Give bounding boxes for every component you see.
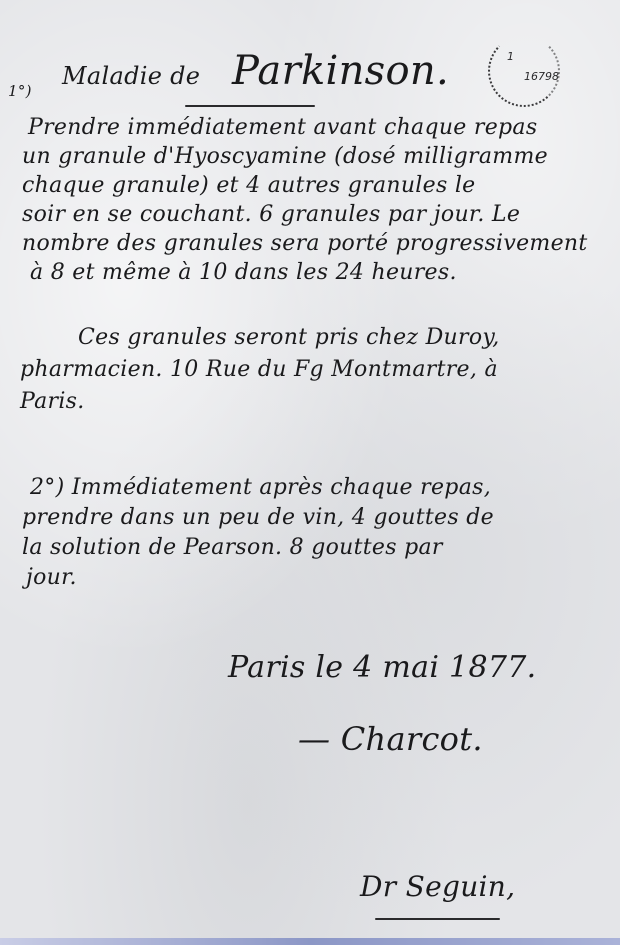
p2-line: pharmacien. 10 Rue du Fg Montmartre, à [20, 357, 498, 382]
p3-line: jour. [26, 565, 77, 590]
p1-line: un granule d'Hyoscyamine (dosé milligram… [22, 144, 548, 169]
p2-line: Ces granules seront pris chez Duroy, [78, 325, 499, 350]
signature-charcot: — Charcot. [298, 720, 483, 758]
stamp-text-number: 16798 [524, 70, 559, 83]
p1-line: soir en se couchant. 6 granules par jour… [22, 202, 520, 227]
recipient-name: Dr Seguin, [360, 870, 515, 903]
heading-parkinson: Parkinson. [232, 48, 449, 94]
p3-line: prendre dans un peu de vin, 4 gouttes de [22, 505, 494, 530]
handwritten-letter-page: 1 16798 1°) Maladie de Parkinson. Prendr… [0, 0, 620, 938]
p1-line: à 8 et même à 10 dans les 24 heures. [30, 260, 457, 285]
p1-line: nombre des granules sera porté progressi… [22, 231, 588, 256]
recipient-underline [375, 918, 500, 920]
dateline: Paris le 4 mai 1877. [228, 650, 536, 685]
heading-number: 1°) [8, 82, 32, 100]
p3-line: la solution de Pearson. 8 gouttes par [22, 535, 443, 560]
heading-underline [185, 105, 315, 107]
p3-line: 2°) Immédiatement après chaque repas, [30, 475, 491, 500]
heading-prefix: Maladie de [62, 62, 200, 90]
p1-line: Prendre immédiatement avant chaque repas [28, 115, 537, 140]
p2-line: Paris. [20, 389, 85, 414]
heading-disease-name: Parkinson. [232, 48, 449, 94]
stamp-text-top: 1 [507, 50, 514, 63]
p1-line: chaque granule) et 4 autres granules le [22, 173, 476, 198]
bottom-border-strip [0, 938, 620, 945]
